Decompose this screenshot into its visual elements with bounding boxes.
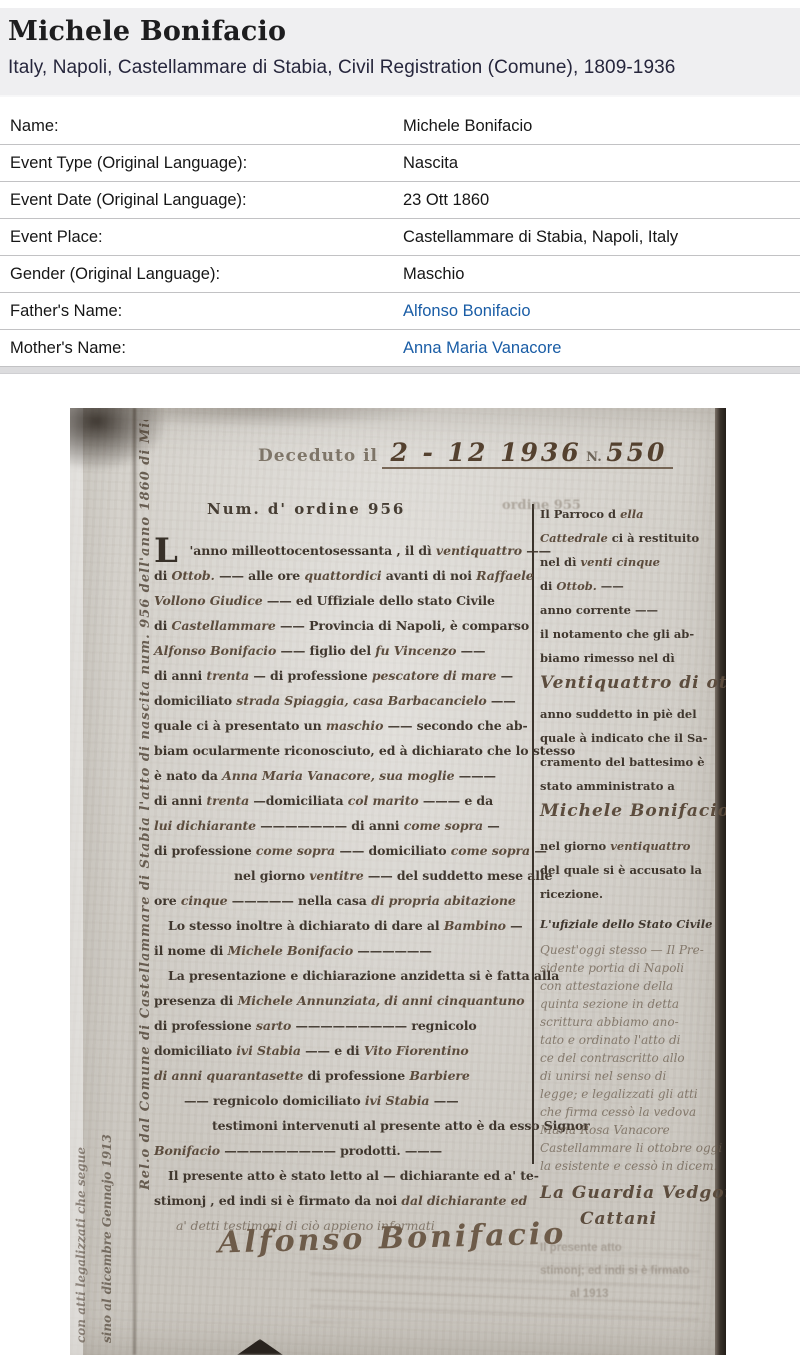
doc-text-segment: ventitre bbox=[309, 868, 368, 883]
doc-text-segment: —— alle ore bbox=[219, 568, 304, 583]
doc-text-segment: Alfonso Bonifacio bbox=[154, 643, 280, 658]
doc-text-segment: avanti di noi bbox=[386, 568, 476, 583]
doc-text-segment: anno suddetto in piè del bbox=[540, 707, 697, 721]
doc-text-segment: —— Provincia di Napoli, è comparso bbox=[280, 618, 529, 633]
doc-text-segment: sarto bbox=[256, 1018, 296, 1033]
doc-line: presenza di Michele Annunziata, di anni … bbox=[154, 988, 534, 1013]
doc-text-segment: è nato da bbox=[154, 768, 222, 783]
field-label-gender: Gender (Original Language): bbox=[0, 265, 403, 284]
doc-text-segment: lui dichiarante bbox=[154, 818, 260, 833]
doc-line: stimonj; ed indi si è firmato bbox=[540, 1260, 716, 1283]
field-label-father-name: Father's Name: bbox=[0, 302, 403, 321]
doc-line: quale à indicato che il Sa- bbox=[540, 727, 716, 751]
table-row: Mother's Name: Anna Maria Vanacore bbox=[0, 330, 800, 367]
doc-text-segment: di professione bbox=[154, 843, 256, 858]
doc-line: biam ocularmente riconosciuto, ed à dich… bbox=[154, 738, 534, 763]
doc-text-segment: fu Vincenzo bbox=[375, 643, 460, 658]
page-title: Michele Bonifacio bbox=[8, 16, 790, 47]
doc-line: Il presente atto è stato letto al — dich… bbox=[154, 1163, 534, 1188]
doc-text-segment: ventiquattro bbox=[436, 543, 526, 558]
doc-line: biamo rimesso nel dì bbox=[540, 647, 716, 671]
doc-text-segment: del quale si è accusato la bbox=[540, 863, 702, 877]
doc-text-segment: ventiquattro bbox=[610, 839, 690, 853]
doc-text-segment: pescatore di mare bbox=[372, 668, 501, 683]
scan-top-smudge bbox=[140, 408, 440, 428]
doc-line: domiciliato ivi Stabia —— e di Vito Fior… bbox=[154, 1038, 534, 1063]
doc-text-segment: ————— nella casa bbox=[232, 893, 371, 908]
doc-text-segment: —— ed Uffiziale dello stato Civile bbox=[267, 593, 495, 608]
doc-text-segment: ——— bbox=[459, 768, 496, 783]
mother-name-link[interactable]: Anna Maria Vanacore bbox=[403, 339, 561, 358]
record-header: Michele Bonifacio Italy, Napoli, Castell… bbox=[0, 8, 800, 97]
doc-text-segment: col marito bbox=[348, 793, 423, 808]
doc-line: Castellammare li ottobre oggi bbox=[540, 1139, 716, 1157]
doc-line: scrittura abbiamo ano- bbox=[540, 1013, 716, 1031]
doc-line: di professione sarto ————————— regnicolo bbox=[154, 1013, 534, 1038]
table-row: Event Type (Original Language): Nascita bbox=[0, 145, 800, 182]
doc-text-segment: stimonj , ed indi si è firmato da noi bbox=[154, 1193, 401, 1208]
table-row: Name: Michele Bonifacio bbox=[0, 108, 800, 145]
doc-text-segment: ivi Stabia bbox=[236, 1043, 305, 1058]
doc-line: La Guardia Vedgott bbox=[540, 1181, 716, 1207]
margin-handwriting: sino al dicembre Gennajo 1913 bbox=[100, 1053, 114, 1343]
doc-line: ricezione. bbox=[540, 883, 716, 907]
doc-line: Il Parroco d ella bbox=[540, 503, 716, 527]
doc-text-segment: — bbox=[487, 818, 499, 833]
act-main-text-column: L 'anno milleottocentosessanta , il dì v… bbox=[154, 538, 534, 1238]
doc-line: che firma cessò la vedova bbox=[540, 1103, 716, 1121]
doc-line: la esistente e cessò in dicem. bbox=[540, 1157, 716, 1175]
doc-line: —— regnicolo domiciliato ivi Stabia —— bbox=[154, 1088, 534, 1113]
doc-line: stato amministrato a bbox=[540, 775, 716, 799]
doc-text-segment: presenza di bbox=[154, 993, 238, 1008]
doc-text-segment: ci à restituito bbox=[612, 531, 699, 545]
doc-text-segment: —domiciliata bbox=[253, 793, 347, 808]
collection-subtitle: Italy, Napoli, Castellammare di Stabia, … bbox=[8, 57, 790, 79]
doc-text-segment: — bbox=[510, 918, 522, 933]
doc-line: L'ufiziale dello Stato Civile bbox=[540, 913, 716, 937]
doc-line: ce del contrascritto allo bbox=[540, 1049, 716, 1067]
doc-line: nel giorno ventiquattro bbox=[540, 835, 716, 859]
father-name-link[interactable]: Alfonso Bonifacio bbox=[403, 302, 531, 321]
doc-text-segment: — di professione bbox=[253, 668, 372, 683]
doc-text-segment: —— bbox=[601, 579, 624, 593]
doc-text-segment: stimonj; ed indi si è firmato bbox=[540, 1265, 690, 1277]
doc-text-segment: testimoni intervenuti al presente atto è… bbox=[212, 1118, 590, 1133]
doc-line: nel giorno ventitre —— del suddetto mese… bbox=[154, 863, 534, 888]
doc-line: Cattedrale ci à restituito bbox=[540, 527, 716, 551]
doc-text-segment: biam ocularmente riconosciuto, ed à dich… bbox=[154, 743, 575, 758]
doc-line: Lo stesso inoltre à dichiarato di dare a… bbox=[154, 913, 534, 938]
doc-text-segment: quale à indicato che il Sa- bbox=[540, 731, 708, 745]
doc-text-segment: —— domiciliato bbox=[339, 843, 450, 858]
act-side-text-column: Il Parroco d ella Cattedrale ci à restit… bbox=[540, 503, 716, 1306]
doc-line: al 1913 bbox=[540, 1283, 716, 1306]
doc-line: di Castellammare —— Provincia di Napoli,… bbox=[154, 613, 534, 638]
field-label-event-date: Event Date (Original Language): bbox=[0, 191, 403, 210]
doc-text-segment: maschio bbox=[326, 718, 388, 733]
scan-fold-line bbox=[133, 408, 136, 1355]
doc-text-segment: venti cinque bbox=[580, 555, 660, 569]
deceduto-date-handwriting: 2 - 12 1936 bbox=[390, 438, 581, 467]
doc-text-segment: Castellammare li ottobre oggi bbox=[540, 1139, 722, 1157]
doc-text-segment: Bonifacio bbox=[154, 1143, 224, 1158]
doc-line: il nome di Michele Bonifacio —————— bbox=[154, 938, 534, 963]
doc-line: del quale si è accusato la bbox=[540, 859, 716, 883]
field-value-name: Michele Bonifacio bbox=[403, 117, 532, 136]
doc-text-segment: Bambino bbox=[444, 918, 510, 933]
doc-text-segment: —— regnicolo domiciliato bbox=[184, 1093, 365, 1108]
doc-text-segment: al 1913 bbox=[570, 1288, 608, 1300]
doc-line: ore cinque ————— nella casa di propria a… bbox=[154, 888, 534, 913]
doc-text-segment: trenta bbox=[206, 793, 253, 808]
doc-line: anno corrente —— bbox=[540, 599, 716, 623]
record-image-scan[interactable]: Rel.o dal Comune di Castellammare di Sta… bbox=[70, 408, 726, 1355]
doc-line-gap bbox=[540, 825, 716, 835]
doc-line: di Ottob. —— bbox=[540, 575, 716, 599]
doc-text-segment: trenta bbox=[206, 668, 253, 683]
doc-text-segment: Il presente atto è stato letto al — dich… bbox=[168, 1168, 539, 1183]
doc-text-segment: come sopra bbox=[256, 843, 340, 858]
doc-text-segment: —— del suddetto mese alle bbox=[368, 868, 553, 883]
table-footer-strip bbox=[0, 367, 800, 374]
doc-text-segment: ce del contrascritto allo bbox=[540, 1049, 685, 1067]
doc-text-segment: strada Spiaggia, casa Barbacancielo bbox=[236, 693, 491, 708]
doc-line: cramento del battesimo è bbox=[540, 751, 716, 775]
doc-text-segment: di bbox=[154, 568, 172, 583]
field-value-event-place: Castellammare di Stabia, Napoli, Italy bbox=[403, 228, 678, 247]
doc-text-segment: Maria Rosa Vanacore bbox=[540, 1121, 670, 1139]
doc-text-segment: Vito Fiorentino bbox=[364, 1043, 469, 1058]
deceduto-annotation: Deceduto il 2 - 12 1936 N. 550 bbox=[258, 438, 673, 467]
doc-text-segment: Raffaele bbox=[476, 568, 533, 583]
doc-text-segment: Il Parroco d bbox=[540, 507, 620, 521]
margin-handwriting: con atti legalizzati che segue bbox=[74, 1093, 88, 1343]
doc-line: quale ci à presentato un maschio —— seco… bbox=[154, 713, 534, 738]
doc-text-segment: il nome di bbox=[154, 943, 228, 958]
doc-text-segment: sidente portia di Napoli bbox=[540, 959, 684, 977]
doc-text-segment: Quest'oggi stesso — Il Pre- bbox=[540, 941, 704, 959]
doc-text-segment: domiciliato bbox=[154, 1043, 236, 1058]
deceduto-number-label: N. bbox=[586, 450, 602, 465]
doc-line: Michele Bonifacio bbox=[540, 799, 716, 825]
field-label-mother-name: Mother's Name: bbox=[0, 339, 403, 358]
doc-text-segment: come sopra bbox=[404, 818, 488, 833]
doc-text-segment: nel giorno bbox=[234, 868, 309, 883]
doc-text-segment: di anni bbox=[154, 793, 206, 808]
doc-line: Alfonso Bonifacio —— figlio del fu Vince… bbox=[154, 638, 534, 663]
doc-text-segment: ella bbox=[620, 507, 644, 521]
doc-line: Vollono Giudice —— ed Uffiziale dello st… bbox=[154, 588, 534, 613]
doc-text-segment: —— bbox=[434, 1093, 459, 1108]
doc-text-segment: La presentazione e dichiarazione anzidet… bbox=[168, 968, 559, 983]
doc-line: di anni trenta — di professione pescator… bbox=[154, 663, 534, 688]
scan-bottom-blob bbox=[237, 1339, 283, 1355]
doc-line: domiciliato strada Spiaggia, casa Barbac… bbox=[154, 688, 534, 713]
doc-line: Maria Rosa Vanacore bbox=[540, 1121, 716, 1139]
field-label-event-type: Event Type (Original Language): bbox=[0, 154, 403, 173]
doc-text-segment: di anni bbox=[154, 668, 206, 683]
doc-line: anno suddetto in piè del bbox=[540, 703, 716, 727]
doc-line: di professione come sopra —— domiciliato… bbox=[154, 838, 534, 863]
doc-line: di anni trenta —domiciliata col marito —… bbox=[154, 788, 534, 813]
scan-right-border bbox=[715, 408, 726, 1355]
doc-line: con attestazione della bbox=[540, 977, 716, 995]
doc-text-segment: Michele Annunziata, di anni cinquantuno bbox=[238, 993, 525, 1008]
doc-text-segment: —— secondo che ab- bbox=[388, 718, 528, 733]
doc-line: Ventiquattro di ottob. bbox=[540, 671, 716, 697]
doc-text-segment: ——— e da bbox=[423, 793, 493, 808]
doc-text-segment: di bbox=[154, 618, 172, 633]
doc-text-segment: —————— bbox=[357, 943, 431, 958]
doc-text-segment: ————————— prodotti. ——— bbox=[224, 1143, 442, 1158]
doc-text-segment: di professione bbox=[307, 1068, 409, 1083]
field-value-event-type: Nascita bbox=[403, 154, 458, 173]
doc-text-segment: ivi Stabia bbox=[365, 1093, 434, 1108]
doc-line: tato e ordinato l'atto di bbox=[540, 1031, 716, 1049]
record-detail-table: Name: Michele Bonifacio Event Type (Orig… bbox=[0, 108, 800, 374]
doc-text-segment: Michele Bonifacio bbox=[540, 801, 726, 821]
doc-text-segment: la esistente e cessò in dicem. bbox=[540, 1157, 717, 1175]
doc-text-segment: Cattani bbox=[580, 1209, 657, 1229]
doc-text-segment: tato e ordinato l'atto di bbox=[540, 1031, 680, 1049]
doc-line: nel dì venti cinque bbox=[540, 551, 716, 575]
doc-text-segment: ore bbox=[154, 893, 181, 908]
field-value-gender: Maschio bbox=[403, 265, 464, 284]
doc-text-segment: — bbox=[501, 668, 513, 683]
doc-text-segment: di propria abitazione bbox=[371, 893, 516, 908]
doc-text-segment: ————————— regnicolo bbox=[295, 1018, 476, 1033]
field-label-name: Name: bbox=[0, 117, 403, 136]
doc-line: Cattani bbox=[540, 1207, 716, 1233]
table-row: Event Date (Original Language): 23 Ott 1… bbox=[0, 182, 800, 219]
doc-text-segment: legge; e legalizzati gli atti bbox=[540, 1085, 698, 1103]
margin-handwriting: Rel.o dal Comune di Castellammare di Sta… bbox=[138, 420, 153, 1190]
doc-text-segment: Castellammare bbox=[172, 618, 280, 633]
doc-text-segment: di professione bbox=[154, 1018, 256, 1033]
doc-text-segment: con attestazione della bbox=[540, 977, 673, 995]
num-ordine-heading: Num. d' ordine 956 bbox=[207, 500, 405, 518]
doc-text-segment: il notamento che gli ab- bbox=[540, 627, 694, 641]
deceduto-number-handwriting: 550 bbox=[606, 438, 667, 467]
doc-text-segment: dal dichiarante ed bbox=[401, 1193, 527, 1208]
doc-line: quinta sezione in detta bbox=[540, 995, 716, 1013]
doc-line: Quest'oggi stesso — Il Pre- bbox=[540, 941, 716, 959]
doc-line: sidente portia di Napoli bbox=[540, 959, 716, 977]
doc-text-segment: ——————— di anni bbox=[260, 818, 403, 833]
doc-text-segment: quinta sezione in detta bbox=[540, 995, 679, 1013]
doc-text-segment: anno corrente —— bbox=[540, 603, 658, 617]
doc-text-segment: Cattedrale bbox=[540, 531, 612, 545]
doc-text-segment: nel giorno bbox=[540, 839, 610, 853]
doc-text-segment: Ventiquattro di ottob. bbox=[540, 673, 726, 693]
doc-text-segment: Barbiere bbox=[409, 1068, 469, 1083]
doc-line: di unirsi nel senso di bbox=[540, 1067, 716, 1085]
doc-text-segment: di unirsi nel senso di bbox=[540, 1067, 666, 1085]
doc-text-segment: Vollono Giudice bbox=[154, 593, 267, 608]
doc-text-segment: ricezione. bbox=[540, 887, 603, 901]
table-row: Gender (Original Language): Maschio bbox=[0, 256, 800, 293]
doc-line: La presentazione e dichiarazione anzidet… bbox=[154, 963, 534, 988]
doc-line: di anni quarantasette di professione Bar… bbox=[154, 1063, 534, 1088]
field-label-event-place: Event Place: bbox=[0, 228, 403, 247]
doc-text-segment: di anni quarantasette bbox=[154, 1068, 307, 1083]
doc-line: il notamento che gli ab- bbox=[540, 623, 716, 647]
doc-text-segment: scrittura abbiamo ano- bbox=[540, 1013, 679, 1031]
doc-line: testimoni intervenuti al presente atto è… bbox=[154, 1113, 534, 1138]
doc-line: legge; e legalizzati gli atti bbox=[540, 1085, 716, 1103]
doc-line: lui dichiarante ——————— di anni come sop… bbox=[154, 813, 534, 838]
table-row: Event Place: Castellammare di Stabia, Na… bbox=[0, 219, 800, 256]
doc-line: stimonj , ed indi si è firmato da noi da… bbox=[154, 1188, 534, 1213]
doc-text-segment: quale ci à presentato un bbox=[154, 718, 326, 733]
doc-text-segment: domiciliato bbox=[154, 693, 236, 708]
doc-line: L 'anno milleottocentosessanta , il dì v… bbox=[154, 538, 534, 563]
doc-text-segment: —— e di bbox=[305, 1043, 364, 1058]
doc-text-segment: come sopra bbox=[451, 843, 535, 858]
doc-line: Bonifacio ————————— prodotti. ——— bbox=[154, 1138, 534, 1163]
doc-text-segment: —— bbox=[461, 643, 486, 658]
doc-text-segment: —— figlio del bbox=[280, 643, 375, 658]
doc-text-segment: L'ufiziale dello Stato Civile bbox=[540, 917, 712, 931]
doc-text-segment: che firma cessò la vedova bbox=[540, 1103, 696, 1121]
doc-text-segment: Lo stesso inoltre à dichiarato di dare a… bbox=[168, 918, 444, 933]
doc-text-segment: stato amministrato a bbox=[540, 779, 675, 793]
table-row: Father's Name: Alfonso Bonifacio bbox=[0, 293, 800, 330]
doc-text-segment: Ottob. bbox=[172, 568, 220, 583]
doc-text-segment: —— bbox=[491, 693, 516, 708]
doc-text-segment: di bbox=[540, 579, 556, 593]
doc-text-segment: quattordici bbox=[304, 568, 385, 583]
doc-text-segment: nel dì bbox=[540, 555, 580, 569]
doc-text-segment: 'anno milleottocentosessanta , il dì bbox=[190, 543, 436, 558]
doc-text-segment: Michele Bonifacio bbox=[228, 943, 358, 958]
doc-line: di Ottob. —— alle ore quattordici avanti… bbox=[154, 563, 534, 588]
doc-text-segment: cinque bbox=[181, 893, 232, 908]
doc-text-segment: cramento del battesimo è bbox=[540, 755, 705, 769]
deceduto-stamp: Deceduto il bbox=[258, 446, 378, 466]
doc-text-segment: La Guardia Vedgott bbox=[540, 1183, 726, 1203]
doc-text-segment: biamo rimesso nel dì bbox=[540, 651, 675, 665]
doc-line: è nato da Anna Maria Vanacore, sua mogli… bbox=[154, 763, 534, 788]
doc-text-segment: Anna Maria Vanacore, sua moglie bbox=[222, 768, 459, 783]
doc-text-segment: Ottob. bbox=[556, 579, 600, 593]
field-value-event-date: 23 Ott 1860 bbox=[403, 191, 489, 210]
